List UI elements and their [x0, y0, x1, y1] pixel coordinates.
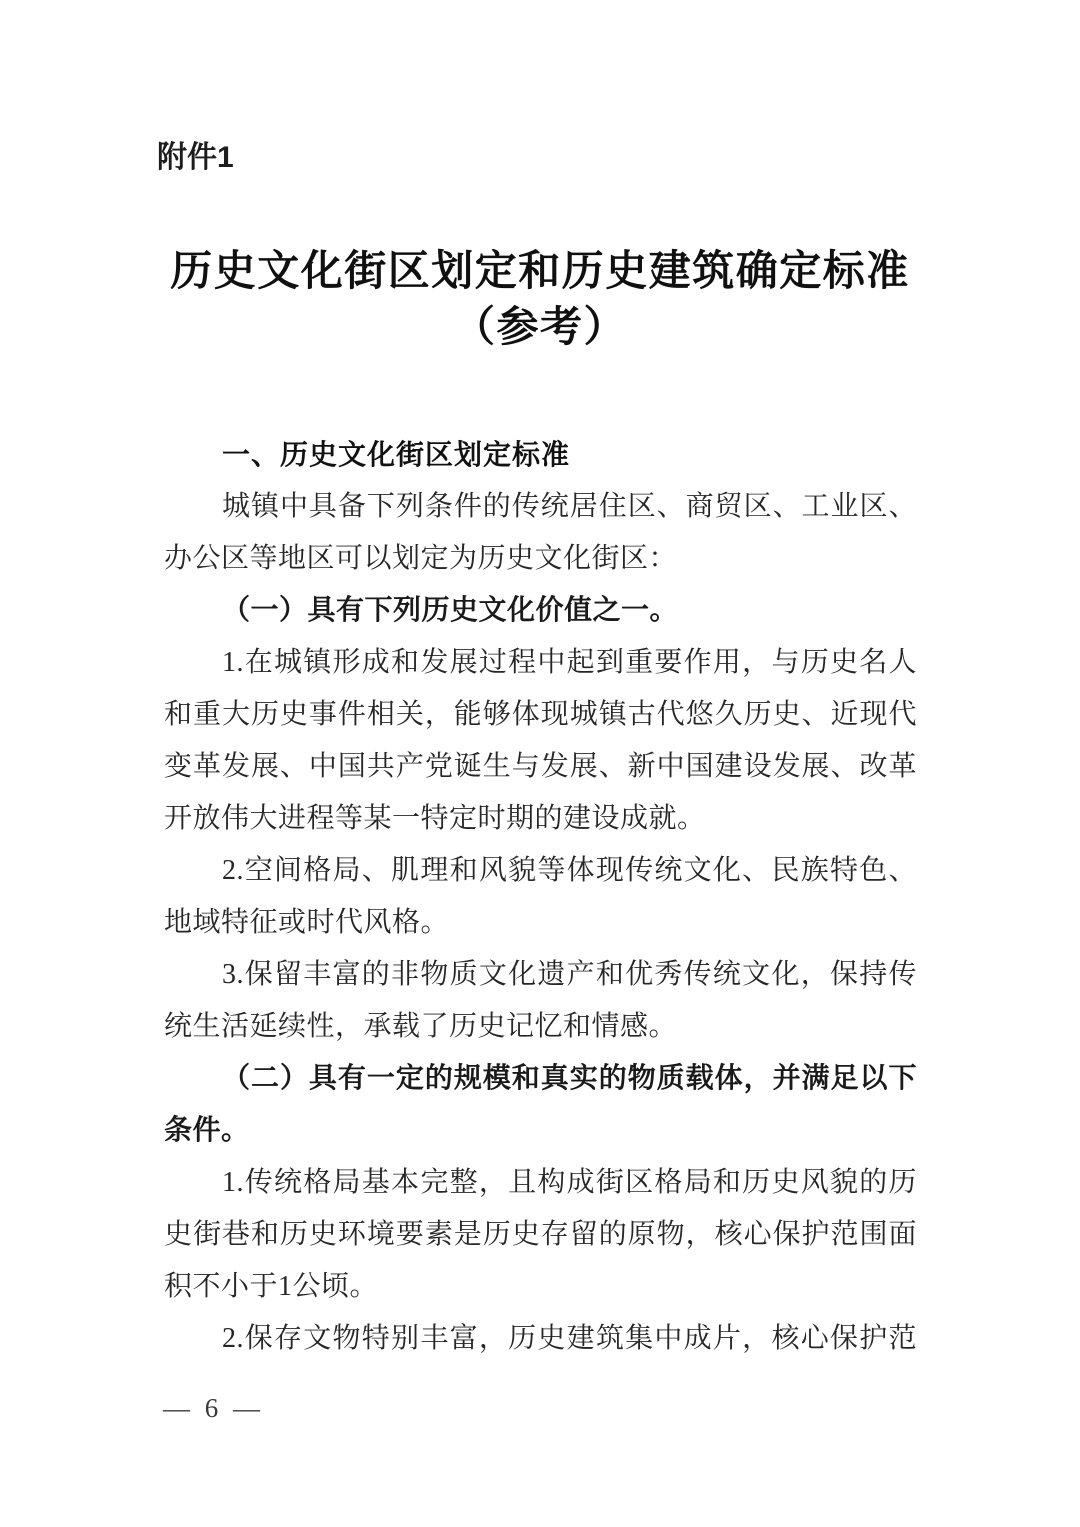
text-line: 开放伟大进程等某一特定时期的建设成就。 — [164, 793, 917, 845]
page-number: — 6 — — [163, 1393, 264, 1424]
text-line: 1.在城镇形成和发展过程中起到重要作用，与历史名人 — [164, 637, 917, 689]
document-title: 历史文化街区划定和历史建筑确定标准 — [0, 243, 1080, 299]
text-line: 办公区等地区可以划定为历史文化街区： — [164, 533, 917, 585]
attachment-label: 附件1 — [157, 132, 234, 176]
text-line: （二）具有一定的规模和真实的物质载体，并满足以下 — [164, 1053, 917, 1105]
text-line: 2.空间格局、肌理和风貌等体现传统文化、民族特色、 — [164, 845, 917, 897]
document-title-block: 历史文化街区划定和历史建筑确定标准 （参考） — [0, 243, 1080, 355]
document-subtitle: （参考） — [0, 299, 1080, 355]
document-body: 一、历史文化街区划定标准城镇中具备下列条件的传统居住区、商贸区、工业区、办公区等… — [164, 429, 917, 1365]
text-line: 1.传统格局基本完整，且构成街区格局和历史风貌的历 — [164, 1157, 917, 1209]
text-line: 一、历史文化街区划定标准 — [164, 429, 917, 481]
text-line: 地域特征或时代风格。 — [164, 897, 917, 949]
text-line: 积不小于1公顷。 — [164, 1261, 917, 1313]
text-line: 3.保留丰富的非物质文化遗产和优秀传统文化，保持传 — [164, 949, 917, 1001]
document-page: 附件1 历史文化街区划定和历史建筑确定标准 （参考） 一、历史文化街区划定标准城… — [0, 0, 1080, 1527]
text-line: 和重大历史事件相关，能够体现城镇古代悠久历史、近现代 — [164, 689, 917, 741]
text-line: 史街巷和历史环境要素是历史存留的原物，核心保护范围面 — [164, 1209, 917, 1261]
text-line: （一）具有下列历史文化价值之一。 — [164, 585, 917, 637]
text-line: 统生活延续性，承载了历史记忆和情感。 — [164, 1001, 917, 1053]
text-line: 变革发展、中国共产党诞生与发展、新中国建设发展、改革 — [164, 741, 917, 793]
text-line: 条件。 — [164, 1105, 917, 1157]
text-line: 2.保存文物特别丰富，历史建筑集中成片，核心保护范 — [164, 1313, 917, 1365]
text-line: 城镇中具备下列条件的传统居住区、商贸区、工业区、 — [164, 481, 917, 533]
